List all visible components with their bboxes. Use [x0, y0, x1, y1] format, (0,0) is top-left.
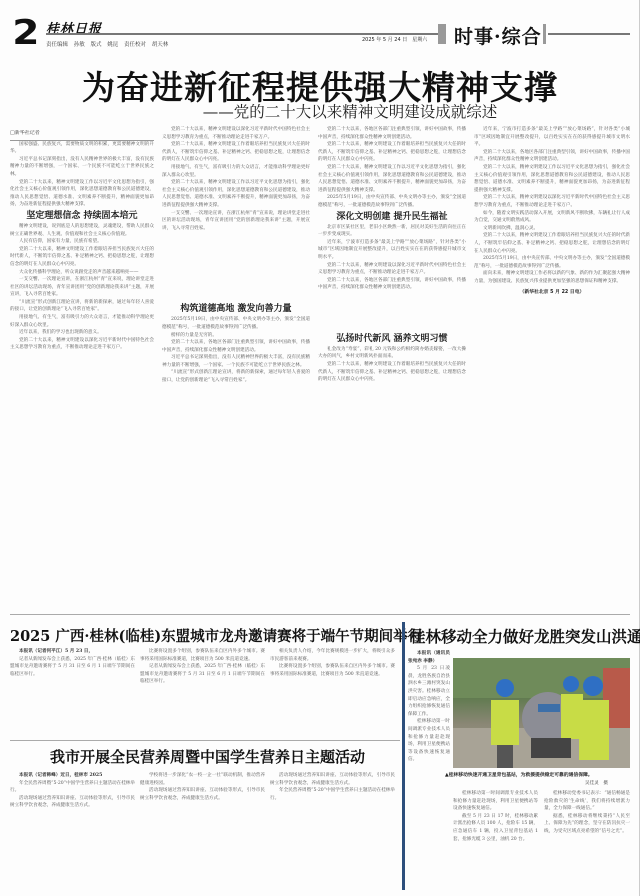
body-paragraph: 5 月 23 日凌晨，龙胜各族自治县泗水乡三滩村突发山洪灾害。桂林移动立即启动应… — [408, 665, 450, 718]
body-paragraph: 文明新风吹拂，温润心灵。 — [474, 225, 630, 233]
mobile-column-2: 桂林移动第一时间调派专业技术人员和抢修力量赶赴现场，利用卫星便携站等设备快速恢复… — [453, 790, 538, 886]
body-paragraph: 党的二十大以来，精神文明建设工作着眼培养担当民族复兴大任的时代新人，不断筑牢信仰… — [10, 246, 154, 269]
body-paragraph: 近年来，宁波市打造多条“最美上学路”“放心菜场路”，针对各类“小城市”区域因地制… — [474, 126, 630, 149]
nutrition-headline: 我市开展全民营养周暨中国学生营养日主题活动 — [50, 746, 365, 767]
body-paragraph: 相关负责人介绍，今年比赛规模进一步扩大，将吸引众多市民游客前来观赛。 — [270, 648, 395, 663]
dateline: 本报讯（记者何平江）5 月 23 日， — [10, 648, 135, 656]
body-paragraph: 2025年5月19日，由中央宣传部、中央文明办等主办，颁发“全国道德模范”称号，… — [318, 194, 466, 209]
body-paragraph: 党的二十大以来，精神文明建设工作以习近平文化思想为指引，强化社会主义核心价值观引… — [162, 179, 310, 209]
body-paragraph: 大众化传播科学理论，听众说跟党走的声音越来越响亮—— — [10, 269, 154, 277]
section-heading: 坚定理想信念 持续固本培元 — [10, 209, 154, 223]
mobile-column-3: 桂林移动党委书记表示：“通信畅通是抢险救灾的‘生命线’，我们将持续增派力量，全力… — [544, 790, 630, 886]
section-heading: 构筑道德高地 激发向善力量 — [162, 302, 310, 316]
body-paragraph: 一支交響、一次理论宣讲，在浙江杭州“青”宣来说，理论讲堂走进社区的讲坛活动现场，… — [162, 210, 310, 233]
masthead-rule-right — [548, 33, 630, 35]
body-paragraph: 党的二十大以来，各地区各部门注重典型引领，讲好中国故事，传播中国声音，持续深化群… — [474, 149, 630, 164]
body-paragraph: 党的二十大以来，精神文明建设工作着眼培养担当民族复兴大任的时代新人，不断筑牢信仰… — [318, 141, 466, 164]
body-paragraph: 活动现场通过营养知识讲座、互动体验等形式，引导市民树立科学饮食观念，养成健康生活… — [140, 787, 265, 802]
body-paragraph: 精神文明建设，说到底是人的思想建设，灵魂建设，帮助人民群众树立正确世界观、人生观… — [10, 223, 154, 238]
body-paragraph: 用接地气、有生气，富有吸引力的大众语言，才能推动科学理论更好深入群众心坎里。 — [10, 314, 154, 329]
photo-caption: ▲桂林移动快速开通卫星背包基站，为救援提供稳定可靠的通信保障。 — [445, 771, 635, 778]
body-paragraph: 用接地气、有生气，富有吸引力的大众语言，才能推动科学理论更好深入群众心坎里。 — [162, 164, 310, 179]
body-paragraph: 活动现场通过营养知识讲座、互动体验等形式，引导市民树立科学饮食观念，养成健康生活… — [10, 795, 135, 810]
byline: □新华社记者 — [10, 130, 154, 141]
body-paragraph: “川流宣”形式创新江理论宣讲，将新的新探索，通过每年轻人喜爱的接口，让党的创新理… — [162, 369, 310, 384]
editors-line: 责任编辑 孙敏 版式 姚昆 责任校对 胡天林 — [46, 40, 168, 48]
section-heading: 深化文明创建 提升民生福祉 — [318, 210, 466, 224]
body-paragraph: 党的二十大以来，精神文明建设工作以习近平文化思想为指引，强化社会主义核心价值观引… — [318, 164, 466, 194]
body-paragraph: 党的二十大以来，精神文明建设工作以习近平文化思想为指引，强化社会主义核心价值观引… — [474, 164, 630, 194]
issue-date: 2025 年 5 月 24 日 星期六 — [362, 36, 427, 43]
lead-column-2: 党的二十大以来，精神文明建设以深化习近平新时代中国特色社会主义思想学习教育为重点… — [162, 126, 310, 610]
body-paragraph: 桂林移动第一时间调派专业技术人员和抢修力量赶赴现场，利用卫星便携站等设备快速恢复… — [453, 790, 538, 813]
body-paragraph: 截至 5 月 23 日 17 时，桂林移动累计派出抢修人员 100 人，抢险车 … — [453, 813, 538, 843]
lead-column-3: 党的二十大以来，各地区各部门注重典型引领，讲好中国故事，传播中国声音，持续深化群… — [318, 126, 466, 610]
body-paragraph: 据悉，桂林移动将继续秉持“人民至上、保障为先”的理念，坚守在防汛抗灾一线，为受灾… — [544, 813, 630, 836]
body-paragraph: 桂林移动第一时间调派专业技术人员和抢修力量赶赴现场，利用卫星便携站等设备快速恢复… — [408, 718, 450, 764]
body-paragraph: 党的二十大以来，精神文明建设以深化习近平新时代中国特色社会主义思想学习教育为重点… — [10, 337, 154, 352]
body-paragraph: 党的二十大以来，各地区各部门注重典型引领，讲好中国故事，传播中国声音，持续深化群… — [318, 126, 466, 141]
body-paragraph: 党的二十大以来，精神文明建设以深化习近平新时代中国特色社会主义思想学习教育为重点… — [162, 126, 310, 141]
workers-satellite-illustration — [453, 658, 630, 768]
dragon-boat-headline: 2025 广西·桂林(临桂)东盟城市龙舟邀请赛将于端午节期间举行 — [10, 625, 422, 646]
mobile-column-1: 本报讯（通讯员张宛赤 李静） 5 月 23 日凌晨，龙胜各族自治县泗水乡三滩村突… — [408, 650, 450, 886]
body-paragraph: 榜样的力量是无穷的。 — [162, 332, 310, 340]
newspaper-page: 2 桂林日报 责任编辑 孙敏 版式 姚昆 责任校对 胡天林 2025 年 5 月… — [0, 0, 640, 896]
dateline: 本报讯（记者韩峰）近日，桂林市 2025 — [10, 772, 135, 780]
body-paragraph: 人民有信仰，国家有力量，民族有希望。 — [10, 238, 154, 246]
section-heading: 弘扬时代新风 涵养文明习惯 — [318, 332, 466, 346]
dateline: 本报讯（通讯员张宛赤 李静） — [408, 650, 450, 665]
body-paragraph: 近年以来，我们的学习也出现新的意义。 — [10, 329, 154, 337]
lead-subheadline: ——党的二十大以来精神文明建设成就综述 — [0, 100, 640, 122]
body-paragraph: 学校将进一步深化“农一校一企一社”联动机制，推动营养健康进校园。 — [140, 772, 265, 787]
body-paragraph: 2025年5月19日，由中央宣传部、中央文明办等主办，颁发“全国道德模范”称号，… — [162, 316, 310, 331]
body-paragraph: 礼金改为“寿宴”，彩礼 20 元钱和公约相约简办婚丧嫁娶，一改大操大办的风气，乡… — [318, 346, 466, 361]
section-bar-right — [543, 24, 546, 44]
dragon-boat-column-3: 相关负责人介绍，今年比赛规模进一步扩大，将吸引众多市民游客前来观赛。 比赛将设置… — [270, 648, 395, 736]
body-paragraph: 桂林移动党委书记表示：“通信畅通是抢险救灾的‘生命线’，我们将持续增派力量，全力… — [544, 790, 630, 813]
body-paragraph: 党的二十大以来，各地区各部门注重典型引领，讲好中国故事，传播中国声音，持续深化群… — [318, 277, 466, 292]
body-paragraph: 习近平总书记深刻指出，没有人民精神世界的极大丰富，没有民族精神力量的不断增强，一… — [162, 354, 310, 369]
nutrition-column-3: 活动现场通过营养知识讲座、互动体验等形式，引导市民树立科学饮食观念，养成健康生活… — [270, 772, 395, 890]
lead-column-1: □新华社记者 国家强盛、民族复兴，需要物质文明的积累，更需要精神文明的升华。 习… — [10, 130, 154, 610]
section-title: 时事·综合 — [454, 22, 542, 49]
page-number: 2 — [12, 16, 39, 50]
body-paragraph: 党的二十大以来，精神文明建设工作着眼培养担当民族复兴大任的时代新人，不断筑牢信仰… — [318, 361, 466, 384]
body-paragraph: 活动现场通过营养知识讲座、互动体验等形式，引导市民树立科学饮食观念，养成健康生活… — [270, 772, 395, 787]
body-paragraph: 党的二十大以来，各地区各部门注重典型引领，讲好中国故事，传播中国声音，持续深化群… — [162, 339, 310, 354]
divider-rule — [10, 614, 630, 615]
rescue-photo — [453, 658, 630, 768]
lead-column-4: 近年来，宁波市打造多条“最美上学路”“放心菜场路”，针对各类“小城市”区域因地制… — [474, 126, 630, 610]
body-paragraph: 党的二十大以来，精神文明建设工作着眼培养担当民族复兴大任的时代新人，不断筑牢信仰… — [474, 232, 630, 255]
nutrition-column-2: 学校将进一步深化“农一校一企一社”联动机制，推动营养健康进校园。 活动现场通过营… — [140, 772, 265, 890]
body-paragraph: 如今，随着文明实践活动深入开展，文明新风不断吹拂，车辆礼让行人成为自觉，交通文明… — [474, 210, 630, 225]
body-paragraph: 记者从新闻发布会上获悉，2025 年广西·桂林（临桂）东盟城市龙舟邀请赛将于 5… — [10, 656, 135, 679]
body-paragraph: 比赛将设置多个组别，参赛队伍来自区内外多个城市。赛事将采用国际标准赛道，比赛项目… — [270, 663, 395, 678]
body-paragraph: 近年来，宁波市打造多条“最美上学路”“放心菜场路”，针对各类“小城市”区域因地制… — [318, 239, 466, 262]
intro-paragraph: 党的二十大以来，精神文明建设工作以习近平文化思想为指引，强化社会主义核心价值观引… — [10, 179, 154, 209]
body-paragraph: 年全民营养周暨“5·20”中国学生营养日主题活动在桂林举行。 — [270, 787, 395, 802]
masthead-rule-left — [46, 33, 446, 35]
intro-paragraph: 国家强盛、民族复兴，需要物质文明的积累，更需要精神文明的升华。 — [10, 141, 154, 156]
story-separator — [402, 622, 405, 890]
section-bar-left — [438, 24, 446, 44]
body-paragraph: 记者从新闻发布会上获悉，2025 年广西·桂林（临桂）东盟城市龙舟邀请赛将于 5… — [140, 663, 265, 686]
divider-rule — [10, 740, 400, 741]
photo-credit: 吴佳灵 摄 — [585, 780, 608, 786]
body-paragraph: 2025年5月19日，由中央宣传部、中央文明办等主办，颁发“全国道德模范”称号，… — [474, 255, 630, 270]
dragon-boat-column-1: 本报讯（记者何平江）5 月 23 日， 记者从新闻发布会上获悉，2025 年广西… — [10, 648, 135, 736]
body-paragraph: 党的二十大以来，精神文明建设以深化习近平新时代中国特色社会主义思想学习教育为重点… — [318, 262, 466, 277]
intro-paragraph: 习近平总书记深刻指出，没有人民精神世界的极大丰富，没有民族精神力量的不断增强，一… — [10, 156, 154, 179]
body-paragraph: 一支交響、一次理论宣讲，在浙江杭州“青”宣来说，理论讲堂走进社区的讲坛活动现场，… — [10, 276, 154, 299]
body-paragraph: 年全民营养周暨“5·20”中国学生营养日主题活动在桂林举行。 — [10, 780, 135, 795]
body-paragraph: 面向未来，精神文明建设工作必将以新的气象、新的作为汇聚起强大精神力量，为强国建设… — [474, 270, 630, 285]
body-paragraph: 北京市区某社区里，老旧小区焕然一新，居民对美好生活的向往正在一步步变成现实。 — [318, 224, 466, 239]
body-paragraph: 比赛将设置多个组别，参赛队伍来自区内外多个城市。赛事将采用国际标准赛道，比赛项目… — [140, 648, 265, 663]
dragon-boat-column-2: 比赛将设置多个组别，参赛队伍来自区内外多个城市。赛事将采用国际标准赛道，比赛项目… — [140, 648, 265, 736]
sign-off: （新华社北京 5 月 22 日电） — [474, 289, 630, 297]
body-paragraph: 党的二十大以来，精神文明建设工作着眼培养担当民族复兴大任的时代新人，不断筑牢信仰… — [162, 141, 310, 164]
body-paragraph: “川流宣”形式创新江理论宣讲，将新的新探索，通过每年轻人喜爱的接口，让党的创新理… — [10, 299, 154, 314]
nutrition-column-1: 本报讯（记者韩峰）近日，桂林市 2025 年全民营养周暨“5·20”中国学生营养… — [10, 772, 135, 890]
body-paragraph: 党的二十大以来，精神文明建设以深化习近平新时代中国特色社会主义思想学习教育为重点… — [474, 194, 630, 209]
mobile-headline: 桂林移动全力做好龙胜突发山洪通信保障 — [410, 625, 640, 647]
